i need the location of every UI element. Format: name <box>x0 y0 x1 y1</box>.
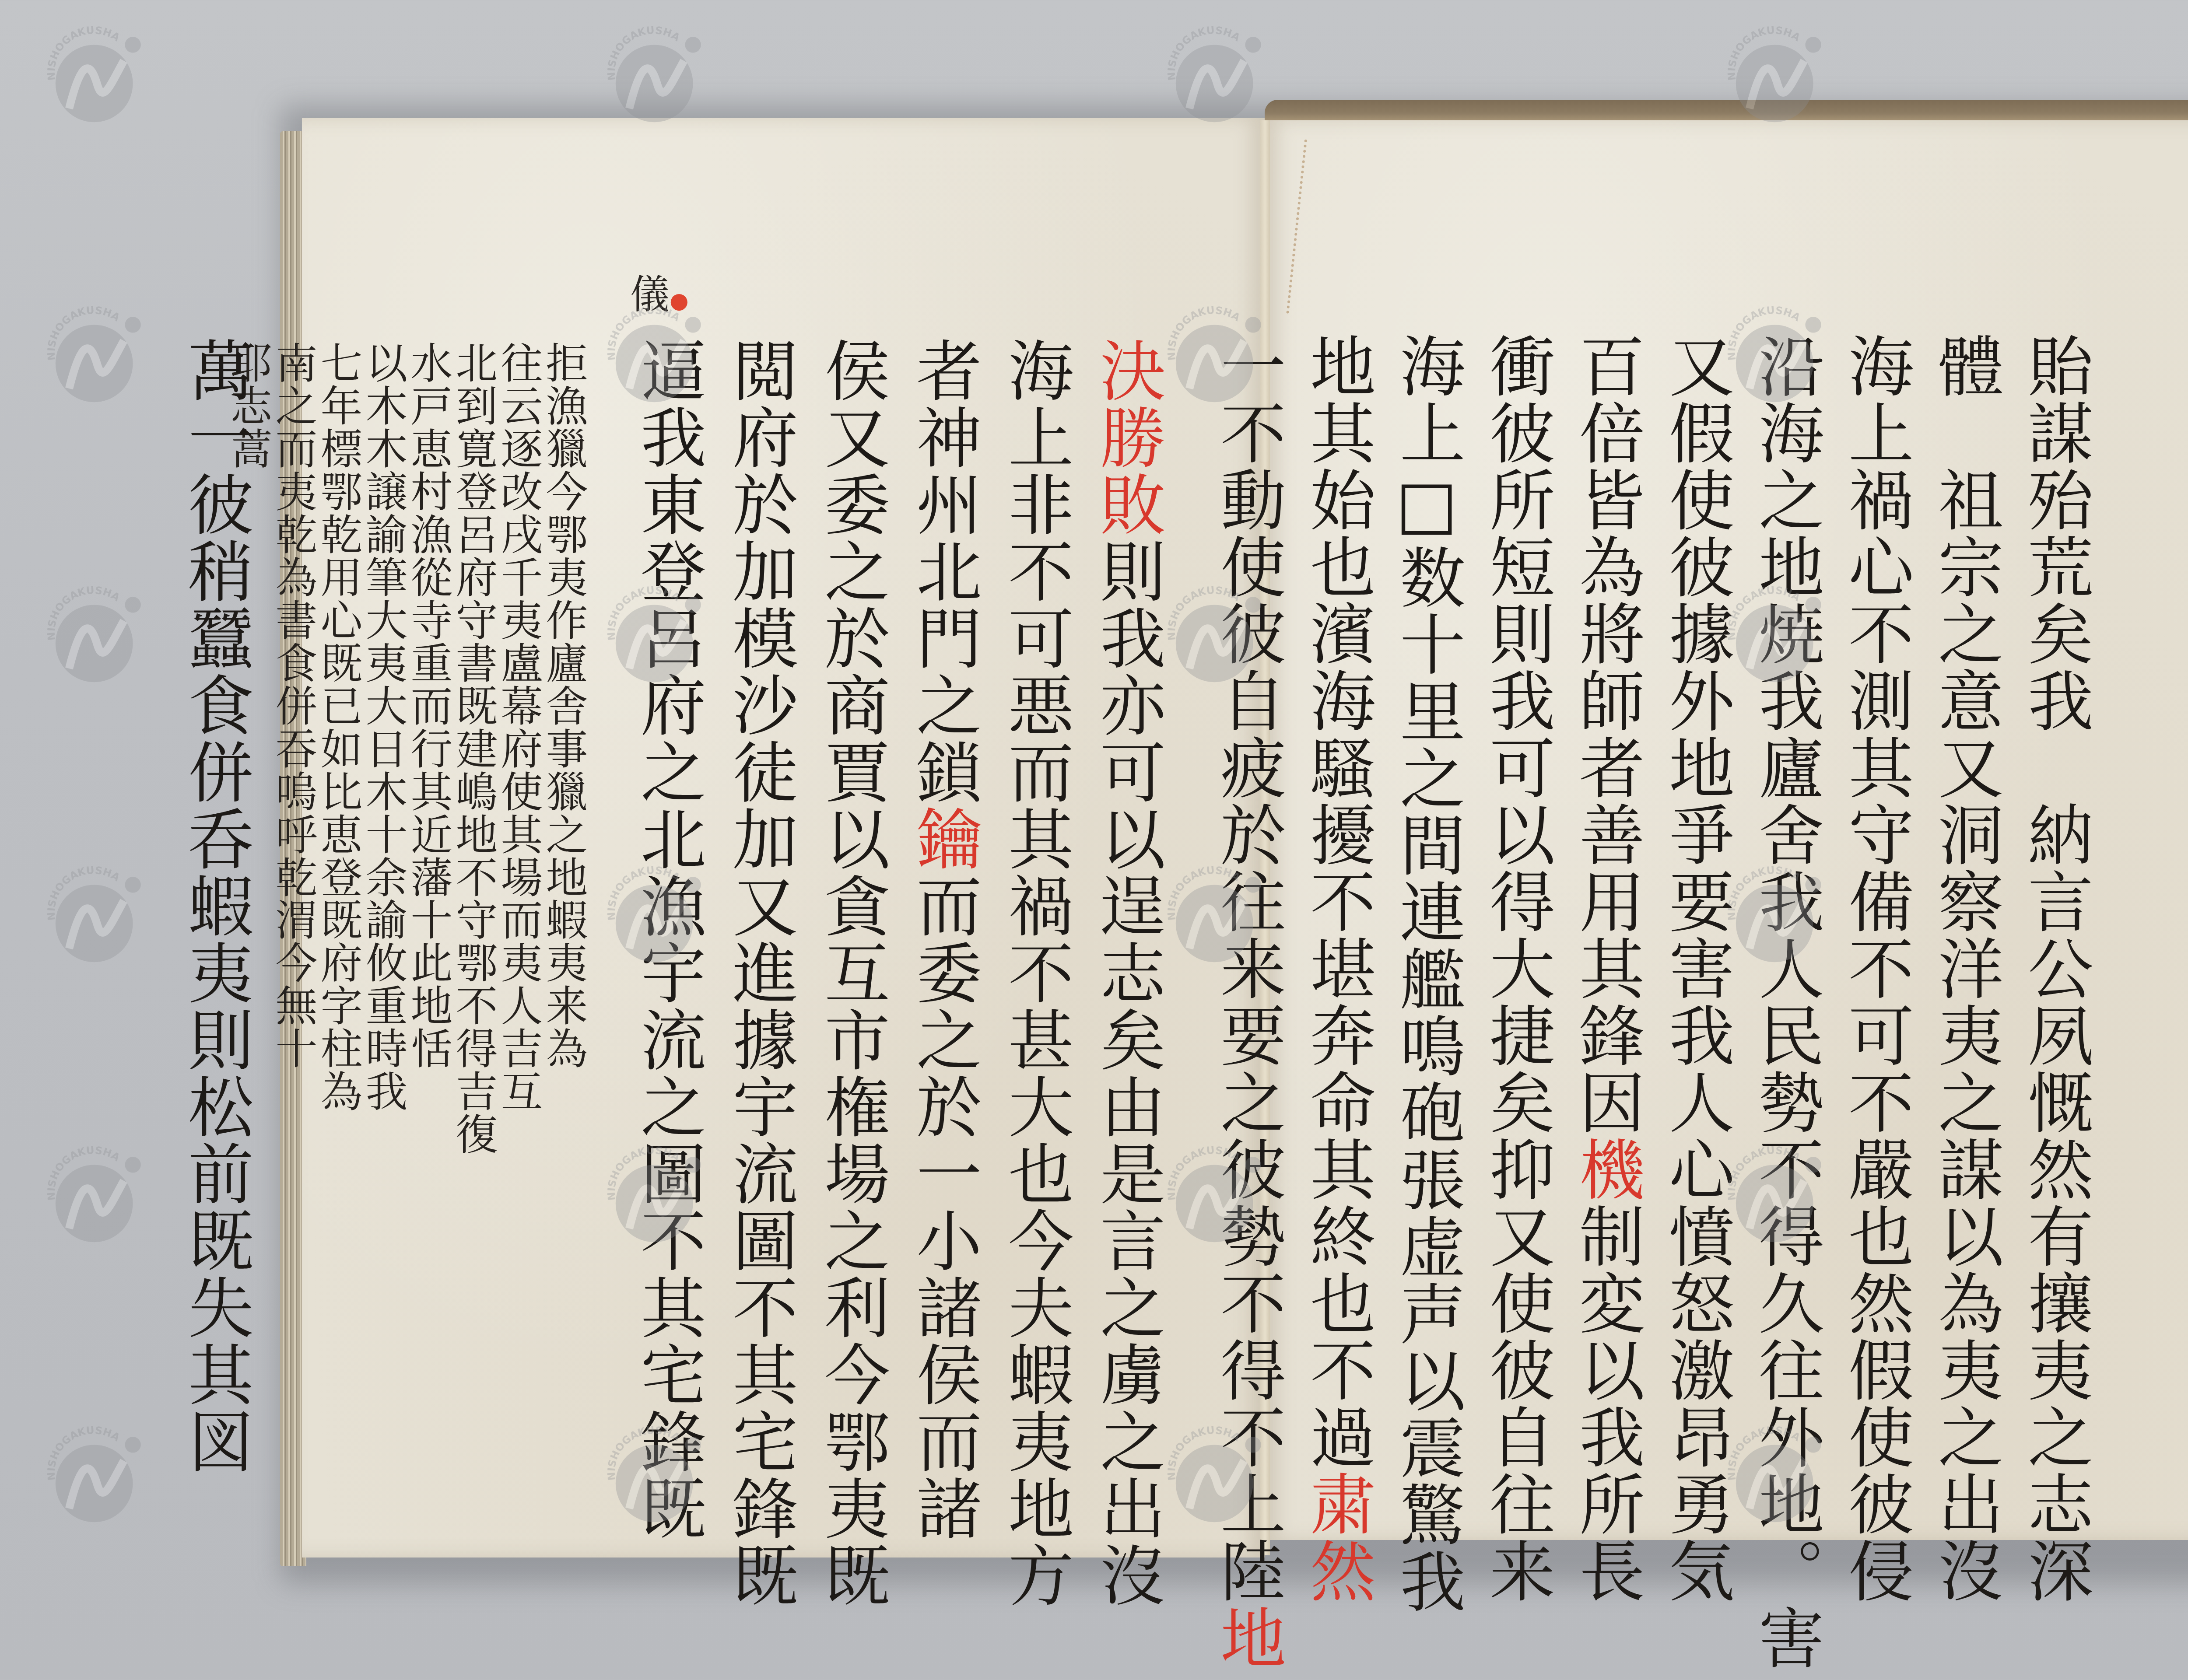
left_page-column: 者神州北門之鎖鑰而委之於一小諸侯而諸 <box>910 337 976 1542</box>
left_page-column: 以木木譲諭筆大夷大日木十余諭攸重時我 <box>362 341 404 1113</box>
column-text: 海上禍心不測其守備不可不嚴也然假使彼侵 <box>1837 332 1913 1604</box>
left_page-column: 七年標鄂乾用心既已如比恵登既府字柱為 <box>317 341 359 1113</box>
left_page-column: 決勝敗則我亦可以逞志矣由是言之虜之出沒 <box>1094 337 1160 1609</box>
right_page-column: 百倍皆為將師者善用其鋒因機制変以我所長 <box>1573 332 1639 1604</box>
column-text: 海上□数十里之間連艦鳴砲張虚声以震驚我 <box>1389 332 1465 1615</box>
nishogakusha-watermark-icon: NISHOGAKUSHA <box>35 297 149 411</box>
left_page-column: 往云逐改戌千夷盧幕府使其場而夷人吉互 <box>498 341 540 1113</box>
nishogakusha-watermark-icon: NISHOGAKUSHA <box>35 1417 149 1531</box>
column-text: 又假使彼據外地爭要害我人心憤怒激昂勇気 <box>1658 332 1734 1604</box>
column-text: 水戸恵村漁從寺重而行其近藩十此地恬 <box>404 341 453 1070</box>
svg-text:NISHOGAKUSHA: NISHOGAKUSHA <box>45 1144 122 1201</box>
column-text: 沿海之地焼我廬舍我人民勢不得久往外地。害 <box>1747 332 1823 1671</box>
left_page-column: 海上非不可悪而其禍不甚大也今夫蝦夷地方 <box>1002 337 1068 1609</box>
right_page-column: 貽謀殆荒矣我 納言公夙慨然有攘夷之志深 <box>2022 332 2087 1604</box>
nishogakusha-watermark-icon: NISHOGAKUSHA <box>35 857 149 971</box>
left_page-column: 拒漁獵今鄂夷作廬舎事獵之地蝦夷来為 <box>543 341 585 1070</box>
right_page-column: 又假使彼據外地爭要害我人心憤怒激昂勇気 <box>1663 332 1729 1604</box>
book-top-edge <box>1265 100 2188 122</box>
svg-text:NISHOGAKUSHA: NISHOGAKUSHA <box>1165 24 1242 81</box>
red-dot-icon: ● <box>670 288 689 313</box>
svg-text:NISHOGAKUSHA: NISHOGAKUSHA <box>1725 24 1802 81</box>
right_page-column: 體 祖宗之意又洞察洋夷之謀以為夷之出沒 <box>1932 332 1998 1604</box>
right_page-column: 衝彼所短則我可以得大捷矣抑又使彼自往来 <box>1483 332 1549 1604</box>
column-text: 衝彼所短則我可以得大捷矣抑又使彼自往来 <box>1478 332 1554 1604</box>
right_page-column: 地其始也濱海騷擾不堪奔命其終也不過粛然 <box>1304 332 1370 1604</box>
left_page-column: 南之而夷乾為書食併吞嗚呼乾渭今無十 <box>272 341 314 1070</box>
svg-text:NISHOGAKUSHA: NISHOGAKUSHA <box>605 24 682 81</box>
column-text: 者神州北門之鎖 <box>905 337 981 805</box>
column-text: 南之而夷乾為書食併吞嗚呼乾渭今無十 <box>269 341 318 1070</box>
nishogakusha-watermark-icon: NISHOGAKUSHA <box>35 17 149 131</box>
left_page-column: 逼我東登呂府之北漁宇流之圖不其宅鋒既 <box>635 337 700 1542</box>
column-text: 制変以我所長 <box>1568 1203 1644 1604</box>
left_page-column: 水戸恵村漁從寺重而行其近藩十此地恬 <box>407 341 449 1070</box>
column-text: 逼我東登呂府之北漁宇流之圖不其宅鋒既 <box>629 337 705 1542</box>
column-text: 貽謀殆荒矣我 納言公夙慨然有攘夷之志深 <box>2016 332 2093 1604</box>
left_page-column: 侯又委之於商賈以貪互市権場之利今鄂夷既 <box>818 337 884 1609</box>
column-text: 地其始也濱海騷擾不堪奔命其終也不過 <box>1299 332 1375 1470</box>
right_page-column: 海上禍心不測其守備不可不嚴也然假使彼侵 <box>1842 332 1908 1604</box>
red-annotation: 地 <box>1209 1604 1285 1671</box>
left_page-column: 萬一彼稍蠶食併呑蝦夷則松前既失其図 <box>182 337 248 1475</box>
red-annotation: 粛然 <box>1299 1470 1375 1604</box>
svg-text:NISHOGAKUSHA: NISHOGAKUSHA <box>45 1424 122 1481</box>
svg-text:NISHOGAKUSHA: NISHOGAKUSHA <box>45 304 122 361</box>
column-text: 一不動使彼自疲於往来要之彼勢不得不上陸 <box>1209 332 1285 1604</box>
svg-text:NISHOGAKUSHA: NISHOGAKUSHA <box>45 24 122 81</box>
column-text: 北到寛登呂府守書既建嶋地不守鄂不得吉復 <box>449 341 498 1155</box>
column-text: 閲府於加模沙徒加又進據宇流圖不其宅鋒既 <box>721 337 797 1609</box>
nishogakusha-watermark-icon: NISHOGAKUSHA <box>35 577 149 691</box>
column-text: 往云逐改戌千夷盧幕府使其場而夷人吉互 <box>494 341 543 1113</box>
right_page-column: 沿海之地焼我廬舍我人民勢不得久往外地。害 <box>1753 332 1818 1671</box>
nishogakusha-watermark-icon: NISHOGAKUSHA <box>35 1137 149 1251</box>
column-text: 體 祖宗之意又洞察洋夷之謀以為夷之出沒 <box>1927 332 2003 1604</box>
column-text: 而委之於一小諸侯而諸 <box>905 872 981 1542</box>
column-text: 百倍皆為將師者善用其鋒因 <box>1568 332 1644 1136</box>
red-annotation: 鑰 <box>905 805 981 872</box>
right_page-column: 海上□数十里之間連艦鳴砲張虚声以震驚我 <box>1394 332 1459 1615</box>
column-text: 拒漁獵今鄂夷作廬舎事獵之地蝦夷来為 <box>539 341 588 1070</box>
column-text: 海上非不可悪而其禍不甚大也今夫蝦夷地方 <box>997 337 1073 1609</box>
page-marker-glyph: 儀 <box>630 272 670 318</box>
column-text: 萬一彼稍蠶食併呑蝦夷則松前既失其図 <box>177 337 253 1475</box>
page-marker: 儀● <box>630 262 689 319</box>
left_page-column: 北到寛登呂府守書既建嶋地不守鄂不得吉復 <box>452 341 494 1155</box>
red-annotation: 機 <box>1568 1136 1644 1203</box>
column-text: 則我亦可以逞志矣由是言之虜之出沒 <box>1089 538 1165 1609</box>
right_page-column: 一不動使彼自疲於往来要之彼勢不得不上陸地 <box>1214 332 1280 1671</box>
column-text: 侯又委之於商賈以貪互市権場之利今鄂夷既 <box>813 337 889 1609</box>
column-text: 以木木譲諭筆大夷大日木十余諭攸重時我 <box>359 341 408 1113</box>
svg-text:NISHOGAKUSHA: NISHOGAKUSHA <box>45 584 122 641</box>
column-text: 七年標鄂乾用心既已如比恵登既府字柱為 <box>314 341 363 1113</box>
red-annotation: 決勝敗 <box>1089 337 1165 538</box>
left_page-column: 閲府於加模沙徒加又進據宇流圖不其宅鋒既 <box>726 337 792 1609</box>
svg-text:NISHOGAKUSHA: NISHOGAKUSHA <box>45 864 122 921</box>
